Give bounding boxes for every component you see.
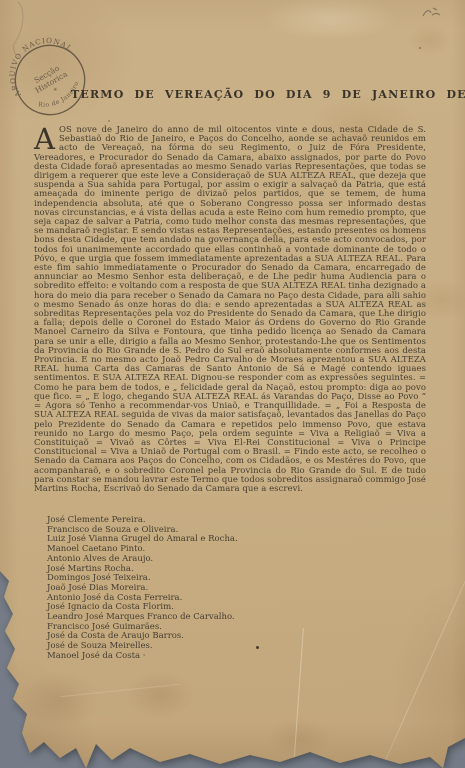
paper-crease bbox=[384, 565, 465, 762]
document-title: TERMO DE VEREAÇÃO DO DIA 9 DE JANEIRO DE… bbox=[71, 88, 401, 101]
signature-item: Manoel José da Costa · bbox=[47, 652, 238, 662]
paper-sheet: ARQUIVO NACIONAL Rio de Janeiro Secção H… bbox=[0, 0, 465, 768]
paper-crease bbox=[293, 628, 304, 768]
ink-speck bbox=[256, 646, 259, 649]
body-paragraph: AOS nove de Janeiro do anno de mil oitoc… bbox=[34, 126, 426, 494]
paper-crease bbox=[60, 684, 179, 698]
ink-speck bbox=[108, 120, 110, 122]
body-text: OS nove de Janeiro do anno de mil oitoce… bbox=[34, 125, 426, 494]
ink-speck bbox=[419, 47, 421, 49]
pencil-mark-icon bbox=[420, 4, 442, 22]
stamp-center-mark: * bbox=[52, 85, 60, 95]
drop-cap: A bbox=[34, 126, 59, 151]
signatures-list: José Clemente Pereira.Francisco de Souza… bbox=[47, 516, 238, 662]
scanned-page: ARQUIVO NACIONAL Rio de Janeiro Secção H… bbox=[0, 0, 465, 768]
